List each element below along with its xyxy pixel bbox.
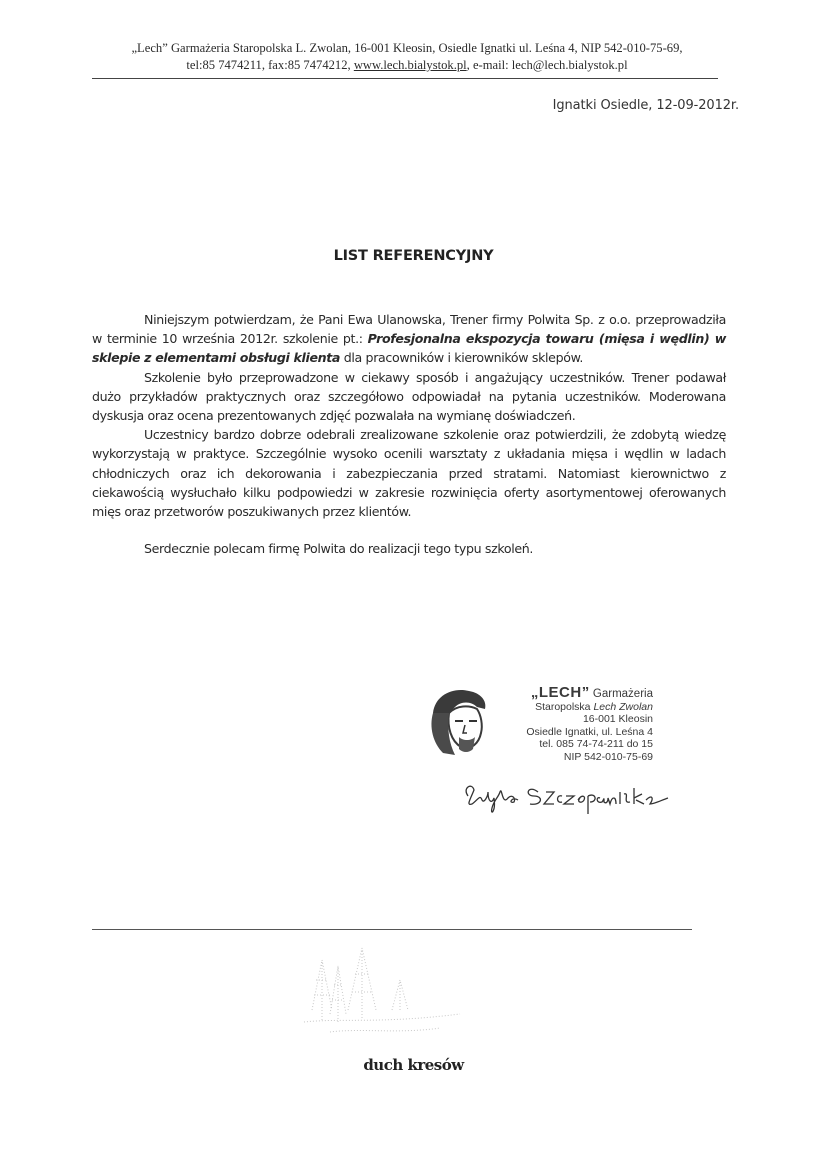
header-divider [92, 78, 718, 79]
stamp-city: 16-001 Kleosin [495, 713, 653, 726]
stamp-owner: Lech Zwolan [593, 701, 653, 713]
closing-recommendation: Serdecznie polecam firmę Polwita do real… [92, 539, 726, 558]
stamp-street: Osiedle Ignatki, ul. Leśna 4 [495, 726, 653, 739]
letter-body: Niniejszym potwierdzam, że Pani Ewa Ulan… [92, 310, 726, 558]
letter-date: Ignatki Osiedle, 12-09-2012r. [553, 98, 739, 113]
letterhead-phone-fax: tel:85 7474211, fax:85 7474212, [186, 58, 353, 72]
stamp-brand: „LECH” [531, 684, 590, 701]
letterhead-email: , e-mail: lech@lech.bialystok.pl [467, 58, 628, 72]
letterhead-address: „Lech” Garmażeria Staropolska L. Zwolan,… [92, 40, 722, 57]
footer-brand-logo: duch kresów [0, 1056, 827, 1074]
paragraph-2: Szkolenie było przeprowadzone w ciekawy … [92, 368, 726, 426]
portrait-logo-icon [425, 683, 500, 758]
stamp-brand-sub: Garmażeria [590, 688, 653, 700]
footer-divider [92, 929, 692, 930]
paragraph-3: Uczestnicy bardzo dobrze odebrali zreali… [92, 425, 726, 521]
stamp-nip: NIP 542-010-75-69 [495, 751, 653, 764]
stamp-text: „LECH” Garmażeria Staropolska Lech Zwola… [495, 687, 653, 764]
handwritten-signature-icon: Edyta Szczepańska [458, 778, 678, 818]
website-link[interactable]: www.lech.bialystok.pl [354, 58, 467, 72]
stamp-line-2a: Staropolska [535, 701, 593, 713]
stamp-phone: tel. 085 74-74-211 do 15 [495, 738, 653, 751]
letterhead: „Lech” Garmażeria Staropolska L. Zwolan,… [92, 40, 722, 74]
paragraph-1-outro: dla pracowników i kierowników sklepów. [340, 350, 583, 365]
trees-illustration-icon [300, 940, 480, 1040]
letterhead-contact: tel:85 7474211, fax:85 7474212, www.lech… [92, 57, 722, 74]
paragraph-1: Niniejszym potwierdzam, że Pani Ewa Ulan… [92, 310, 726, 368]
document-title: LIST REFERENCYJNY [0, 248, 827, 264]
